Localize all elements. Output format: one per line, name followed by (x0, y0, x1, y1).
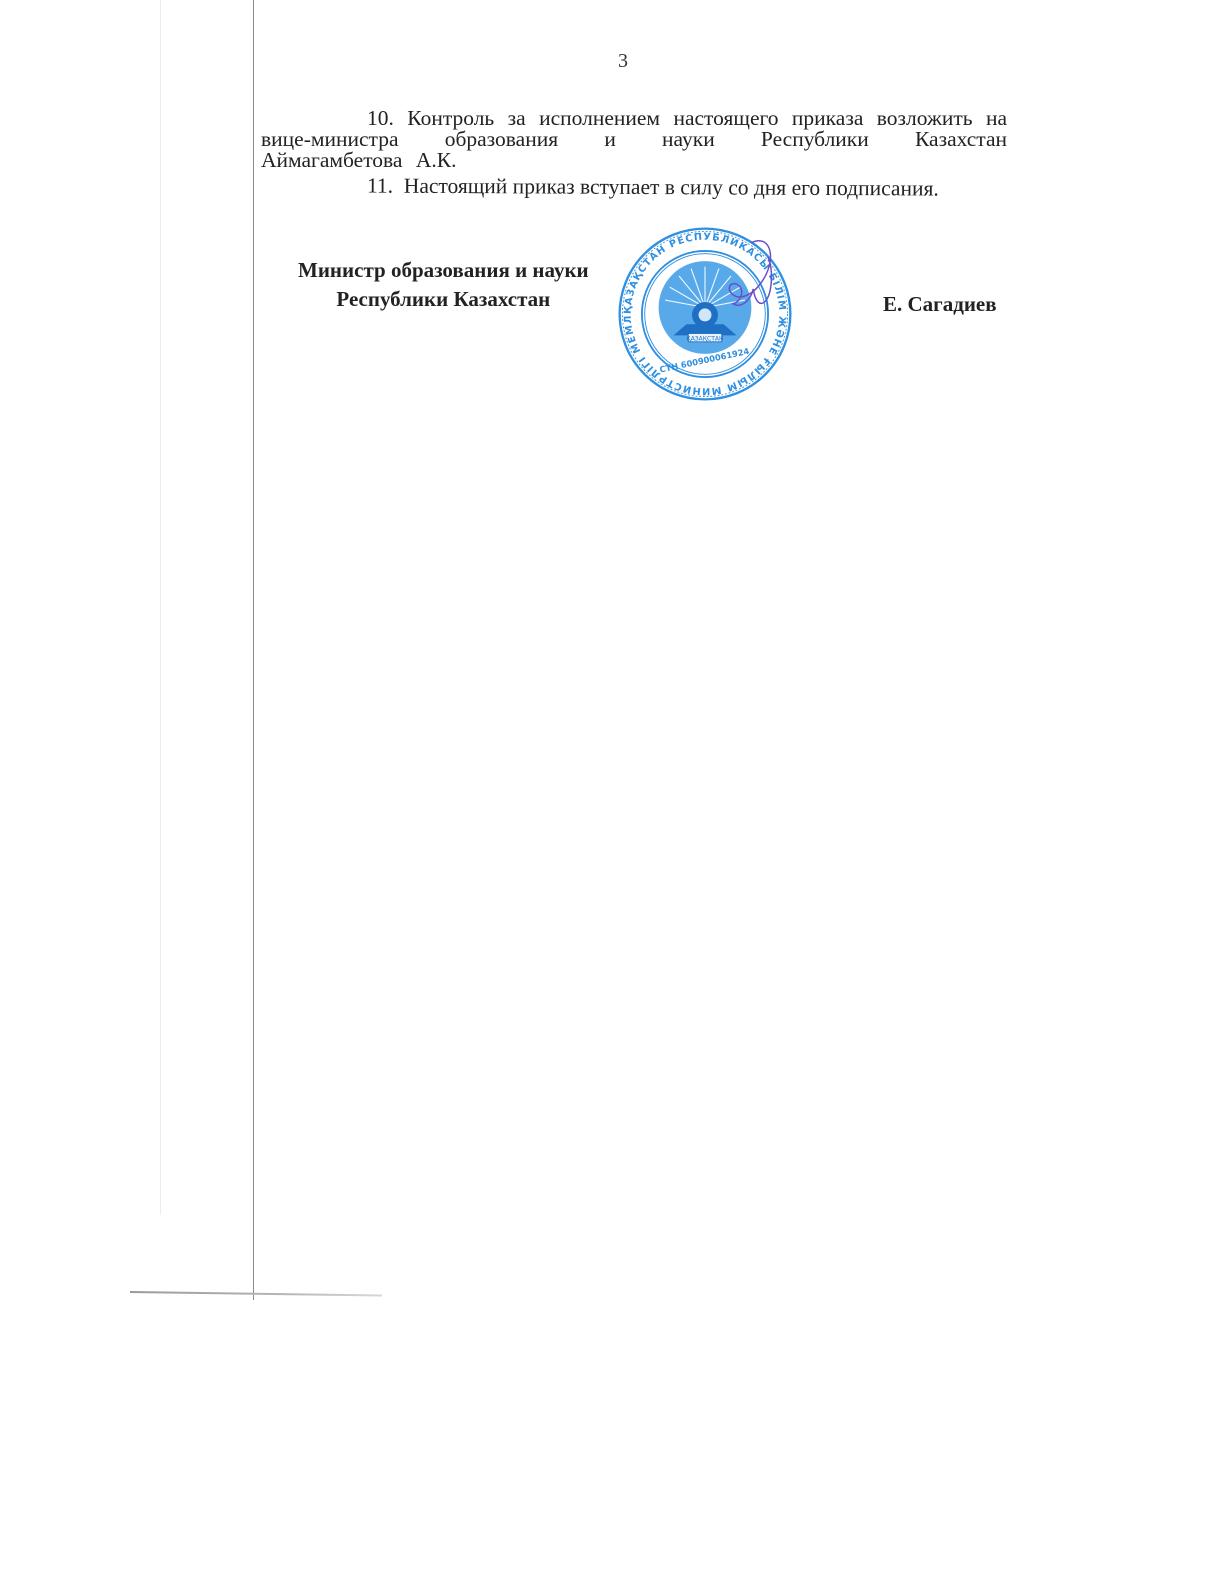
official-seal-stamp: ҚАЗАҚСТАН РЕСПУБЛИКАСЫ БІЛІМ ЖӘНЕ ҒЫЛЫМ … (612, 224, 798, 404)
paragraph-10-line-2: вице-министра образования и науки Респуб… (261, 129, 1007, 150)
seal-icon: ҚАЗАҚСТАН РЕСПУБЛИКАСЫ БІЛІМ ЖӘНЕ ҒЫЛЫМ … (612, 224, 798, 404)
page-number: 3 (618, 50, 628, 73)
signatory-position-line-1: Министр образования и науки (298, 256, 589, 285)
paragraph-10-line-3: Аймагамбетова А.К. (261, 150, 1007, 171)
document-body: 10. Контроль за исполнением настоящего п… (261, 108, 1007, 196)
emblem-ribbon-text: ҚАЗАҚСТАН (686, 335, 723, 342)
signatory-position: Министр образования и науки Республики К… (298, 256, 589, 314)
paragraph-11-text: Настоящий приказ вступает в силу со дня … (404, 174, 939, 201)
paragraph-11-number: 11. (314, 175, 393, 196)
paragraph-10: 10. Контроль за исполнением настоящего п… (261, 108, 1007, 171)
signatory-name: Е. Сагадиев (883, 292, 997, 317)
signatory-position-line-2: Республики Казахстан (298, 285, 589, 314)
scan-margin-line (253, 0, 254, 1300)
document-page: 3 10. Контроль за исполнением настоящего… (0, 0, 1224, 1584)
paragraph-10-line-1: 10. Контроль за исполнением настоящего п… (261, 108, 1007, 129)
paragraph-10-number: 10. (314, 108, 394, 129)
paragraph-11: 11. Настоящий приказ вступает в силу со … (261, 175, 1007, 200)
kazakhstan-emblem-icon: ҚАЗАҚСТАН (659, 261, 752, 354)
scan-bottom-line (130, 1291, 382, 1297)
scan-margin-line-faint (160, 0, 161, 1215)
